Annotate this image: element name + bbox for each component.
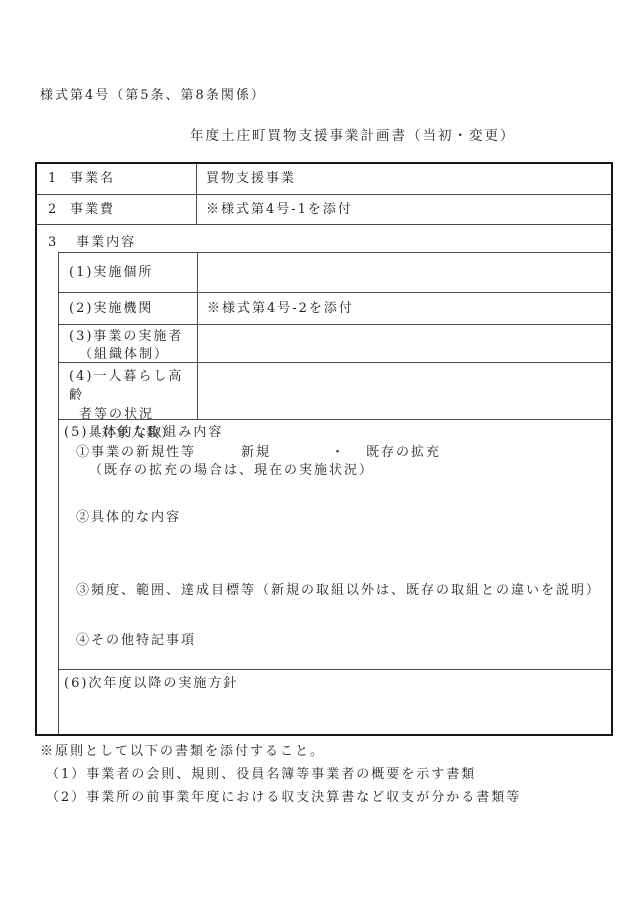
table-row-business-cost: 2 事業費 ※様式第4号-1を添付 — [37, 195, 611, 225]
row1-number: 1 — [48, 164, 58, 194]
business-content-table: (1)実施個所 (2)実施機関 ※様式第4号-2を添付 (3)事業の実施者 （組… — [58, 252, 611, 734]
option-existing-expansion: 既存の拡充 — [366, 444, 441, 462]
sub4-label: (4)一人暮らし高齢 者等の状況 （対象人数） — [59, 363, 198, 419]
row1-value-cell: 買物支援事業 — [197, 164, 611, 194]
attachment-item-2: （2）事業所の前事業年度における収支決算書など収支が分かる書類等 — [40, 786, 521, 809]
sub1-label: (1)実施個所 — [59, 253, 198, 292]
sub3-label: (3)事業の実施者 （組織体制） — [59, 325, 198, 362]
attachment-note: ※原則として以下の書類を添付すること。 — [40, 740, 521, 763]
form-number-label: 様式第4号（第5条、第8条関係） — [40, 84, 266, 103]
row3-label: 事業内容 — [76, 235, 136, 250]
sub4-label-line1: (4)一人暮らし高齢 — [69, 367, 197, 405]
row3-number: 3 — [48, 235, 58, 250]
other-special-notes-label: ④その他特記事項 — [64, 632, 605, 650]
sub-row-next-year-policy: (6)次年度以降の実施方針 — [59, 670, 611, 734]
novelty-option-line: ①事業の新規性等 新規 ・ 既存の拡充 — [64, 444, 605, 462]
sub4-value-cell — [198, 363, 611, 419]
table-row-business-name: 1 事業名 買物支援事業 — [37, 164, 611, 195]
sub6-label: (6)次年度以降の実施方針 — [64, 675, 605, 693]
sub-row-elderly-status: (4)一人暮らし高齢 者等の状況 （対象人数） — [59, 363, 611, 420]
table-row-business-content-header: 3 事業内容 — [37, 225, 611, 252]
frequency-scope-goal-label: ③頻度、範囲、達成目標等（新規の取組以外は、既存の取組との違いを説明） — [64, 582, 605, 600]
row2-value-cell: ※様式第4号-1を添付 — [197, 195, 611, 224]
sub2-label: (2)実施機関 — [59, 293, 198, 324]
option-new: 新規 — [241, 444, 271, 462]
sub3-value-cell — [198, 325, 611, 362]
row1-label-cell: 1 事業名 — [37, 164, 197, 194]
novelty-note: （既存の拡充の場合は、現在の実施状況） — [64, 462, 605, 480]
sub3-label-line1: (3)事業の実施者 — [69, 328, 197, 346]
footer-notes: ※原則として以下の書類を添付すること。 （1）事業者の会則、規則、役員名簿等事業… — [40, 740, 521, 809]
attachment-item-1: （1）事業者の会則、規則、役員名簿等事業者の概要を示す書類 — [40, 763, 521, 786]
row2-number: 2 — [48, 195, 58, 224]
specific-content-label: ②具体的な内容 — [64, 509, 605, 527]
nested-table-wrapper: (1)実施個所 (2)実施機関 ※様式第4号-2を添付 (3)事業の実施者 （組… — [37, 252, 611, 734]
sub3-label-line2: （組織体制） — [69, 346, 197, 364]
option-separator-dot: ・ — [331, 444, 346, 462]
sub-row-specific-initiatives: (5)具体的な取組み内容 ①事業の新規性等 新規 ・ 既存の拡充 （既存の拡充の… — [59, 420, 611, 670]
sub-row-implementation-location: (1)実施個所 — [59, 253, 611, 293]
document-page: 様式第4号（第5条、第8条関係） 年度土庄町買物支援事業計画書（当初・変更） 1… — [0, 0, 630, 915]
novelty-label: ①事業の新規性等 — [76, 444, 196, 462]
row1-label: 事業名 — [70, 164, 115, 194]
sub-row-business-operator: (3)事業の実施者 （組織体制） — [59, 325, 611, 363]
sub-row-implementation-agency: (2)実施機関 ※様式第4号-2を添付 — [59, 293, 611, 325]
sub2-value-cell: ※様式第4号-2を添付 — [198, 293, 611, 324]
page-title: 年度土庄町買物支援事業計画書（当初・変更） — [190, 124, 516, 144]
row2-label-cell: 2 事業費 — [37, 195, 197, 224]
sub5-label: (5)具体的な取組み内容 — [64, 424, 605, 442]
row2-label: 事業費 — [70, 195, 115, 224]
sub1-value-cell — [198, 253, 611, 292]
plan-table: 1 事業名 買物支援事業 2 事業費 ※様式第4号-1を添付 3 事業内容 (1… — [35, 162, 613, 736]
